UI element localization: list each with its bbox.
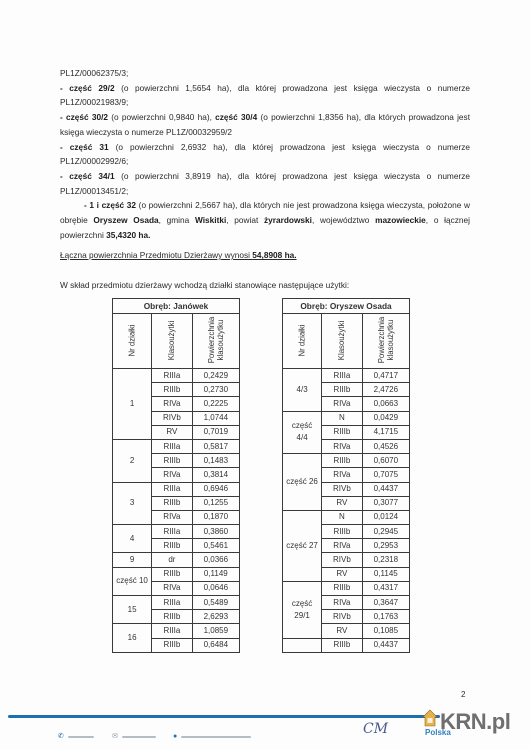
area-ha: 0,1763 bbox=[362, 610, 409, 624]
column-header: Klasoużytki bbox=[152, 314, 192, 369]
land-class: RIVb bbox=[322, 482, 362, 496]
land-class: RIIIb bbox=[152, 383, 192, 397]
area-ha: 0,2953 bbox=[362, 539, 409, 553]
land-class: N bbox=[322, 411, 362, 425]
paragraph: - 1 i część 32 (o powierzchni 2,5667 ha)… bbox=[60, 198, 470, 242]
email-icon: ✉ bbox=[112, 733, 118, 740]
land-class: RIIIb bbox=[322, 383, 362, 397]
signature: CM bbox=[363, 721, 388, 737]
table-row: RIIIb0,4437 bbox=[283, 638, 410, 652]
house-icon bbox=[422, 709, 438, 727]
table-row: 3RIIIa0,6946 bbox=[113, 482, 240, 496]
column-header: Powierzchniaklasoużytku bbox=[362, 314, 409, 369]
table-row: 4/3RIIIa0,4717 bbox=[283, 369, 410, 383]
land-class: RIIIa bbox=[152, 482, 192, 496]
land-class: RV bbox=[322, 624, 362, 638]
land-class: dr bbox=[152, 553, 192, 567]
area-ha: 0,2730 bbox=[192, 383, 239, 397]
plot-number: część29/1 bbox=[283, 581, 322, 638]
area-ha: 2,4726 bbox=[362, 383, 409, 397]
plot-number: 4 bbox=[113, 525, 152, 553]
text-run: , województwo bbox=[312, 215, 375, 225]
land-class: RIIIb bbox=[152, 638, 192, 652]
area-ha: 0,1255 bbox=[192, 496, 239, 510]
bold-run: 35,4320 ha. bbox=[106, 230, 150, 240]
land-class: RIVa bbox=[322, 539, 362, 553]
area-ha: 0,4437 bbox=[362, 638, 409, 652]
text-run: , gmina bbox=[159, 215, 195, 225]
plot-number: część 26 bbox=[283, 454, 322, 511]
plot-number: część 10 bbox=[113, 567, 152, 595]
area-ha: 0,1145 bbox=[362, 567, 409, 581]
bold-run: Oryszew Osada bbox=[93, 215, 158, 225]
email-text-blurred bbox=[122, 736, 156, 738]
table-row: 16RIIIa1,0859 bbox=[113, 624, 240, 638]
area-ha: 0,3860 bbox=[192, 525, 239, 539]
plot-number: 3 bbox=[113, 482, 152, 525]
land-class: RIIIb bbox=[322, 454, 362, 468]
paragraph: - część 29/2 (o powierzchni 1,5654 ha), … bbox=[60, 81, 470, 110]
table-row: część4/4N0,0429 bbox=[283, 411, 410, 425]
bold-run: mazowieckie bbox=[375, 215, 426, 225]
text-run: (o powierzchni 0,9840 ha), bbox=[108, 112, 215, 122]
land-class: RIIIa bbox=[152, 439, 192, 453]
table-row: część 27N0,0124 bbox=[283, 510, 410, 524]
land-class: RIIIa bbox=[152, 525, 192, 539]
land-class: RIIIa bbox=[152, 624, 192, 638]
land-class: RIIIa bbox=[152, 596, 192, 610]
land-class: RIVa bbox=[152, 510, 192, 524]
plot-number: część 27 bbox=[283, 510, 322, 581]
text-run: (o powierzchni 2,6932 ha), dla której pr… bbox=[60, 142, 470, 167]
land-class: RV bbox=[152, 425, 192, 439]
area-ha: 1,0859 bbox=[192, 624, 239, 638]
area-ha: 0,0429 bbox=[362, 411, 409, 425]
bold-run: Wiskitki bbox=[195, 215, 226, 225]
area-ha: 0,2318 bbox=[362, 553, 409, 567]
plot-number bbox=[283, 638, 322, 652]
area-ha: 0,7019 bbox=[192, 425, 239, 439]
land-class: RIVb bbox=[322, 553, 362, 567]
paragraph: PL1Z/00062375/3; bbox=[60, 66, 470, 81]
bold-run: - część 29/2 bbox=[60, 83, 115, 93]
land-class: RIIIb bbox=[322, 525, 362, 539]
land-class: RIVa bbox=[322, 439, 362, 453]
column-header: Powierzchniaklasoużytku bbox=[192, 314, 239, 369]
total-area-value: 54,8908 ha. bbox=[252, 250, 296, 260]
phone-text-blurred bbox=[68, 736, 94, 738]
area-ha: 0,0366 bbox=[192, 553, 239, 567]
page-number: 2 bbox=[461, 690, 465, 699]
paragraph: - część 31 (o powierzchni 2,6932 ha), dl… bbox=[60, 140, 470, 169]
land-class: RIIIb bbox=[152, 610, 192, 624]
table-row: 4RIIIa0,3860 bbox=[113, 525, 240, 539]
area-ha: 0,4317 bbox=[362, 581, 409, 595]
area-ha: 0,0646 bbox=[192, 581, 239, 595]
table-row: część29/1RIIIb0,4317 bbox=[283, 581, 410, 595]
plot-number: 16 bbox=[113, 624, 152, 652]
area-ha: 0,1870 bbox=[192, 510, 239, 524]
table-row: 15RIIIa0,5489 bbox=[113, 596, 240, 610]
table-title: Obręb: Janówek bbox=[113, 299, 240, 314]
area-ha: 1,0744 bbox=[192, 411, 239, 425]
footer-address: ● bbox=[173, 733, 251, 740]
area-ha: 0,3077 bbox=[362, 496, 409, 510]
bold-run: żyrardowski bbox=[264, 215, 312, 225]
bold-run: - 1 i część 32 bbox=[84, 200, 136, 210]
text-run: (o powierzchni 1,5654 ha), dla której pr… bbox=[60, 83, 470, 108]
area-ha: 0,6946 bbox=[192, 482, 239, 496]
bold-run: część 30/4 bbox=[215, 112, 257, 122]
land-class: RIIIa bbox=[152, 369, 192, 383]
area-ha: 0,3814 bbox=[192, 468, 239, 482]
land-class: RIVb bbox=[322, 610, 362, 624]
table-row: część 26RIIIb0,6070 bbox=[283, 454, 410, 468]
land-class: RIVa bbox=[322, 596, 362, 610]
land-class: RIIIa bbox=[322, 369, 362, 383]
area-ha: 0,6484 bbox=[192, 638, 239, 652]
phone-icon: ✆ bbox=[58, 733, 64, 740]
plot-number: 9 bbox=[113, 553, 152, 567]
land-class: RIVa bbox=[322, 468, 362, 482]
land-class: RIVa bbox=[152, 397, 192, 411]
area-ha: 0,6070 bbox=[362, 454, 409, 468]
land-class: RIIIb bbox=[152, 539, 192, 553]
area-ha: 0,5461 bbox=[192, 539, 239, 553]
land-class: RV bbox=[322, 567, 362, 581]
area-ha: 0,4717 bbox=[362, 369, 409, 383]
address-text-blurred bbox=[181, 736, 251, 738]
area-ha: 0,0124 bbox=[362, 510, 409, 524]
plots-table-oryszew-osada: Obręb: Oryszew OsadaNr działkiKlasoużytk… bbox=[282, 298, 410, 653]
footer-phone: ✆ bbox=[58, 733, 94, 740]
text-run: , powiat bbox=[226, 215, 264, 225]
tables-intro: W skład przedmiotu dzierżawy wchodzą dzi… bbox=[60, 280, 349, 290]
column-header: Klasoużytki bbox=[322, 314, 362, 369]
land-class: RIVb bbox=[152, 411, 192, 425]
watermark-text: KRN.pl bbox=[440, 709, 510, 735]
area-ha: 0,5489 bbox=[192, 596, 239, 610]
area-ha: 0,5817 bbox=[192, 439, 239, 453]
plots-table-janowek: Obręb: JanówekNr działkiKlasoużytkiPowie… bbox=[112, 298, 240, 653]
plot-number: 4/3 bbox=[283, 369, 322, 412]
total-area: Łączna powierzchnia Przedmiotu Dzierżawy… bbox=[60, 250, 297, 260]
footer-divider bbox=[8, 715, 440, 718]
area-ha: 0,1149 bbox=[192, 567, 239, 581]
location-pin-icon: ● bbox=[173, 733, 177, 740]
footer-email: ✉ bbox=[112, 733, 156, 740]
land-class: RIIIb bbox=[152, 454, 192, 468]
plot-number: część4/4 bbox=[283, 411, 322, 454]
text-run: (o powierzchni 3,8919 ha), dla której pr… bbox=[60, 171, 470, 196]
land-class: RIIIb bbox=[322, 581, 362, 595]
area-ha: 0,0663 bbox=[362, 397, 409, 411]
bold-run: - część 34/1 bbox=[60, 171, 115, 181]
plot-number: 2 bbox=[113, 439, 152, 482]
paragraph: - część 30/2 (o powierzchni 0,9840 ha), … bbox=[60, 110, 470, 139]
table-row: 9dr0,0366 bbox=[113, 553, 240, 567]
plot-number: 15 bbox=[113, 596, 152, 624]
area-ha: 0,7075 bbox=[362, 468, 409, 482]
plot-number: 1 bbox=[113, 369, 152, 440]
paragraph: - część 34/1 (o powierzchni 3,8919 ha), … bbox=[60, 169, 470, 198]
table-row: 1RIIIa0,2429 bbox=[113, 369, 240, 383]
area-ha: 0,3647 bbox=[362, 596, 409, 610]
area-ha: 4,1715 bbox=[362, 425, 409, 439]
table-row: część 10RIIIb0,1149 bbox=[113, 567, 240, 581]
area-ha: 2,6293 bbox=[192, 610, 239, 624]
bold-run: - część 31 bbox=[60, 142, 109, 152]
lease-description: PL1Z/00062375/3;- część 29/2 (o powierzc… bbox=[60, 66, 470, 242]
land-class: RV bbox=[322, 496, 362, 510]
land-class: RIVa bbox=[322, 397, 362, 411]
area-ha: 0,1483 bbox=[192, 454, 239, 468]
land-class: RIIIb bbox=[322, 425, 362, 439]
land-class: RIIIb bbox=[152, 496, 192, 510]
column-header: Nr działki bbox=[113, 314, 152, 369]
land-class: RIVa bbox=[152, 468, 192, 482]
land-class: N bbox=[322, 510, 362, 524]
area-ha: 0,4437 bbox=[362, 482, 409, 496]
document-page: PL1Z/00062375/3;- część 29/2 (o powierzc… bbox=[0, 0, 530, 750]
area-ha: 0,2945 bbox=[362, 525, 409, 539]
table-title: Obręb: Oryszew Osada bbox=[283, 299, 410, 314]
table-row: 2RIIIa0,5817 bbox=[113, 439, 240, 453]
total-area-label: Łączna powierzchnia Przedmiotu Dzierżawy… bbox=[60, 250, 252, 260]
area-ha: 0,1085 bbox=[362, 624, 409, 638]
bold-run: - część 30/2 bbox=[60, 112, 108, 122]
area-ha: 0,2225 bbox=[192, 397, 239, 411]
land-class: RIIIb bbox=[322, 638, 362, 652]
area-ha: 0,4526 bbox=[362, 439, 409, 453]
area-ha: 0,2429 bbox=[192, 369, 239, 383]
land-class: RIVa bbox=[152, 581, 192, 595]
column-header: Nr działki bbox=[283, 314, 322, 369]
land-class: RIIIb bbox=[152, 567, 192, 581]
text-run: PL1Z/00062375/3; bbox=[60, 68, 128, 78]
